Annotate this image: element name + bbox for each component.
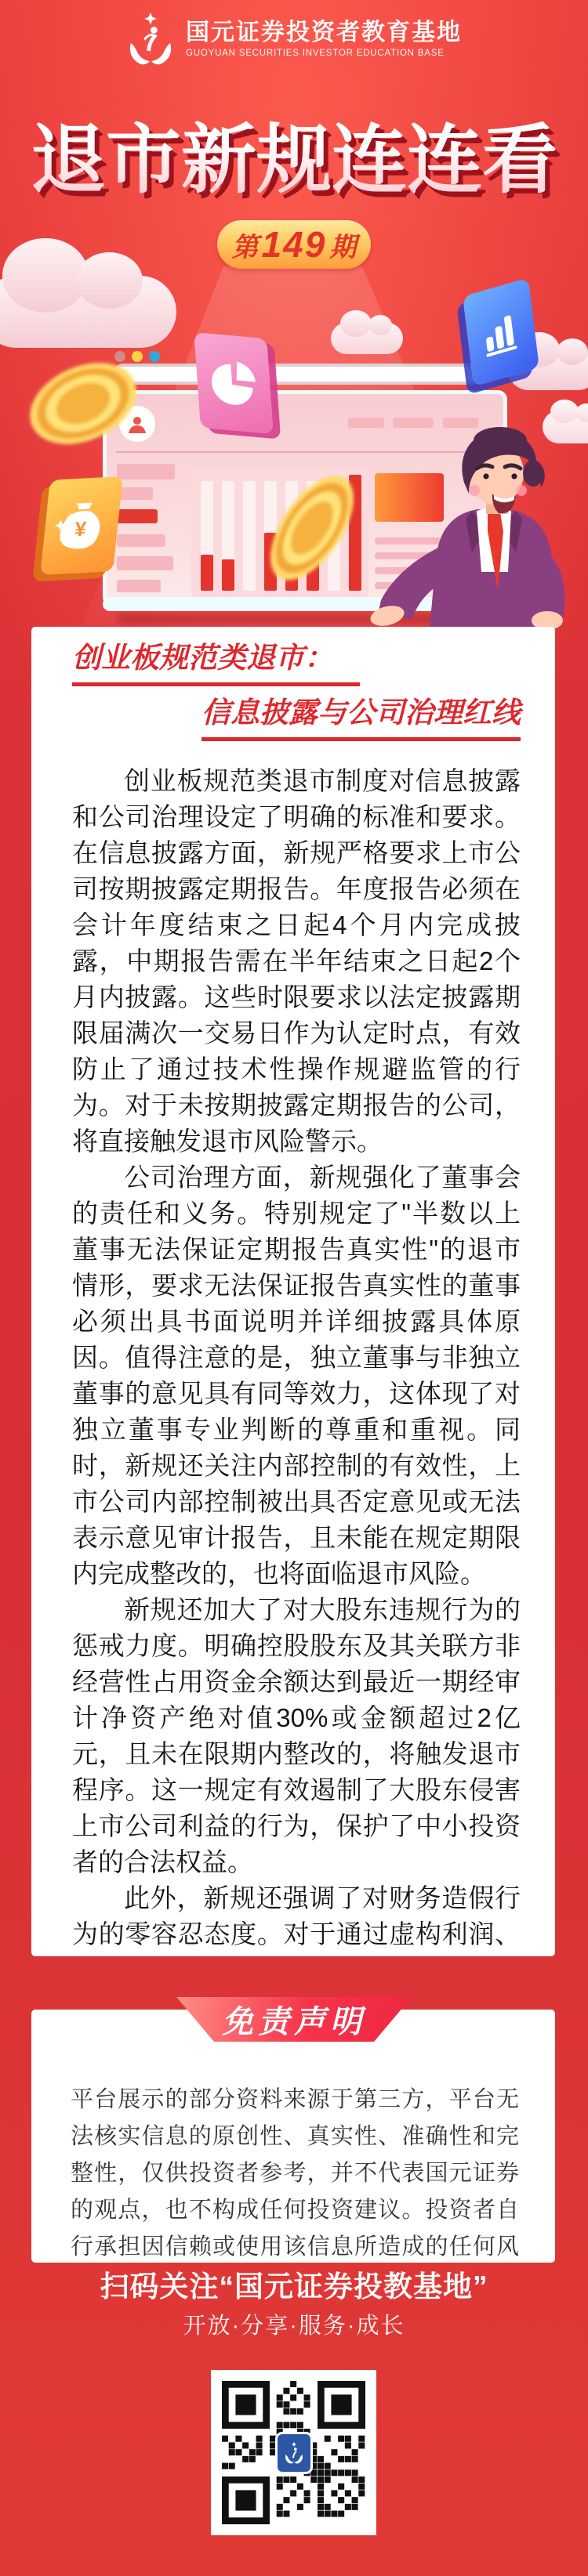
logo-title-cn: 国元证券投资者教育基地	[186, 19, 462, 47]
sidebar-block	[117, 487, 153, 500]
issue-number: 149	[259, 223, 330, 266]
article-paragraph: 新规还加大了对大股东违规行为的惩戒力度。明确控股股东及其关联方非经营性占用资金余…	[72, 1592, 521, 1880]
guoyuan-logo-icon	[284, 2440, 304, 2466]
poster-page: 国元证券投资者教育基地 GUOYUAN SECURITIES INVESTOR …	[0, 0, 588, 2576]
slogan-text: 开放·分享·服务·成长	[0, 2308, 588, 2340]
disclaimer-ribbon: 免责声明	[176, 1997, 412, 2042]
sidebar-block	[117, 464, 175, 479]
money-bag-icon: ¥	[40, 476, 123, 575]
pie-chart-icon	[194, 332, 273, 434]
logo-text: 国元证券投资者教育基地 GUOYUAN SECURITIES INVESTOR …	[186, 19, 462, 60]
window-dot-blue	[149, 351, 160, 362]
article-heading-line2-wrap: 信息披露与公司治理红线	[72, 696, 521, 741]
logo-title-en: GUOYUAN SECURITIES INVESTOR EDUCATION BA…	[186, 47, 462, 60]
article-heading-line2: 信息披露与公司治理红线	[201, 696, 521, 741]
article-paragraph: 创业板规范类退市制度对信息披露和公司治理设定了明确的标准和要求。在信息披露方面，…	[72, 763, 521, 1160]
disclaimer-card: 平台展示的部分资料来源于第三方，平台无法核实信息的原创性、真实性、准确性和完整性…	[31, 2010, 555, 2263]
issue-badge: 第 149 期	[217, 220, 371, 269]
issue-suffix: 期	[329, 226, 356, 264]
article-heading-line1: 创业板规范类退市：	[72, 641, 360, 686]
window-dot-yellow	[132, 351, 143, 362]
qr-code	[222, 2381, 365, 2524]
sidebar-block	[117, 556, 173, 570]
sidebar-block	[117, 534, 165, 547]
browser-search-bar	[116, 367, 481, 382]
qr-center-logo	[275, 2432, 313, 2474]
user-icon	[125, 412, 149, 436]
sidebar-block	[117, 580, 161, 592]
qr-code-box	[211, 2370, 376, 2535]
guoyuan-logo-icon	[126, 11, 175, 67]
disclaimer-text: 平台展示的部分资料来源于第三方，平台无法核实信息的原创性、真实性、准确性和完整性…	[31, 2010, 555, 2263]
window-dot-red	[114, 351, 125, 362]
issue-prefix: 第	[232, 226, 259, 264]
article-paragraph: 此外，新规还强调了对财务造假行为的零容忍态度。对于通过虚构利润、虚构业务、虚假记…	[72, 1880, 521, 1956]
header: 国元证券投资者教育基地 GUOYUAN SECURITIES INVESTOR …	[0, 11, 588, 67]
page-title: 退市新规连连看	[0, 114, 588, 207]
article-heading-line1-wrap: 创业板规范类退市：	[72, 641, 521, 686]
bar-chart-icon	[463, 277, 539, 386]
sidebar-block-active	[117, 509, 158, 523]
article-card: 创业板规范类退市： 信息披露与公司治理红线 创业板规范类退市制度对信息披露和公司…	[31, 627, 555, 1956]
businessman	[354, 425, 588, 630]
article-paragraph: 公司治理方面，新规强化了董事会的责任和义务。特别规定了"半数以上董事无法保证定期…	[72, 1160, 521, 1592]
follow-text: 扫码关注“国元证券投教基地”	[0, 2263, 588, 2305]
cloud	[0, 276, 176, 348]
cloud	[331, 323, 403, 354]
article-body: 创业板规范类退市制度对信息披露和公司治理设定了明确的标准和要求。在信息披露方面，…	[72, 763, 521, 1956]
